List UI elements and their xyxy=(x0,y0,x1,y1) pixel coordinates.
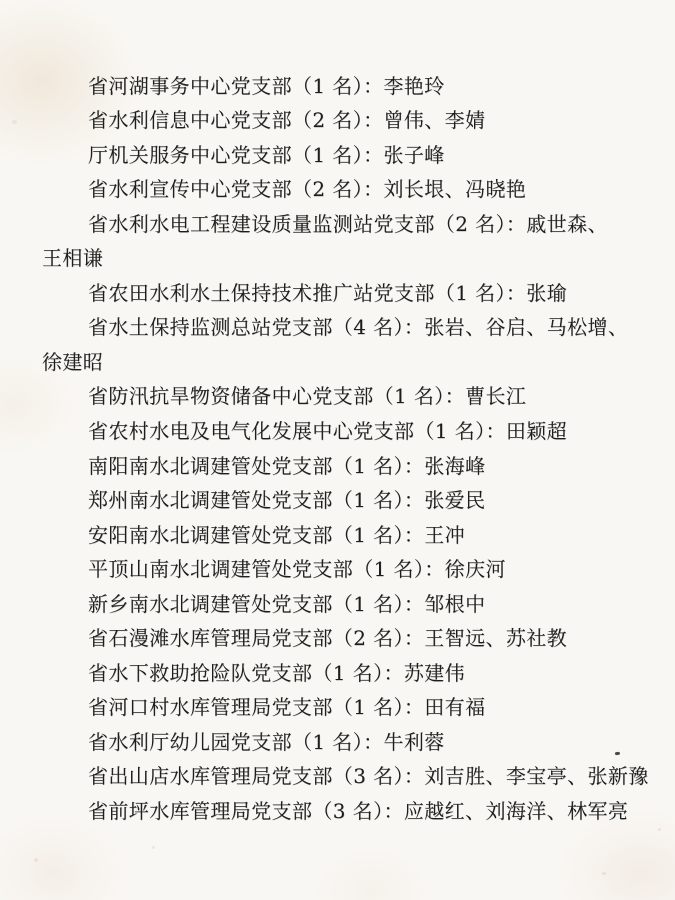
list-line: 省河口村水库管理局党支部（1 名）：田有福 xyxy=(42,690,645,725)
list-line: 省农村水电及电气化发展中心党支部（1 名）：田颖超 xyxy=(42,414,645,449)
paper-speck xyxy=(34,858,38,862)
list-line: 省农田水利水土保持技术推广站党支部（1 名）：张瑜 xyxy=(42,276,645,311)
paper-speck xyxy=(658,828,661,831)
scanned-page: 省河湖事务中心党支部（1 名）：李艳玲 省水利信息中心党支部（2 名）：曾伟、李… xyxy=(0,0,675,900)
list-line: 省防汛抗旱物资储备中心党支部（1 名）：曹长江 xyxy=(42,379,645,414)
list-line: 省水利水电工程建设质量监测站党支部（2 名）：戚世森、 xyxy=(42,207,645,242)
list-line: 省河湖事务中心党支部（1 名）：李艳玲 xyxy=(42,69,645,104)
list-line: 省石漫滩水库管理局党支部（2 名）：王智远、苏社教 xyxy=(42,621,645,656)
list-line: 南阳南水北调建管处党支部（1 名）：张海峰 xyxy=(42,449,645,484)
list-line: 省水利厅幼儿园党支部（1 名）：牛利蓉 xyxy=(42,725,645,760)
paper-speck xyxy=(12,120,17,124)
list-line-continuation: 王相谦 xyxy=(42,241,645,276)
paper-speck xyxy=(602,872,606,875)
list-line: 省水下救助抢险队党支部（1 名）：苏建伟 xyxy=(42,656,645,691)
list-line: 平顶山南水北调建管处党支部（1 名）：徐庆河 xyxy=(42,552,645,587)
list-line: 安阳南水北调建管处党支部（1 名）：王冲 xyxy=(42,518,645,553)
list-line: 省水利宣传中心党支部（2 名）：刘长垠、冯晓艳 xyxy=(42,172,645,207)
list-line: 新乡南水北调建管处党支部（1 名）：邹根中 xyxy=(42,587,645,622)
list-line-continuation: 徐建昭 xyxy=(42,345,645,380)
list-line: 省出山店水库管理局党支部（3 名）：刘吉胜、李宝亭、张新豫 xyxy=(42,759,645,794)
list-line: 省前坪水库管理局党支部（3 名）：应越红、刘海洋、林军亮 xyxy=(42,794,645,829)
list-line: 省水利信息中心党支部（2 名）：曾伟、李婧 xyxy=(42,103,645,138)
paper-speck xyxy=(152,846,155,849)
list-line: 省水土保持监测总站党支部（4 名）：张岩、谷启、马松增、 xyxy=(42,310,645,345)
list-line: 厅机关服务中心党支部（1 名）：张子峰 xyxy=(42,138,645,173)
list-line: 郑州南水北调建管处党支部（1 名）：张爱民 xyxy=(42,483,645,518)
